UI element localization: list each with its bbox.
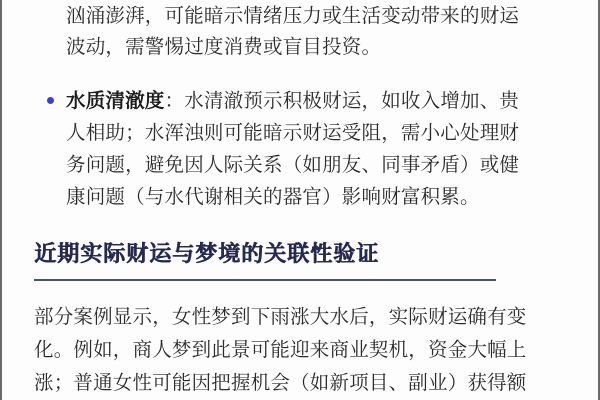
term-separator: ： [165,89,185,112]
section-heading: 近期实际财运与梦境的关联性验证 [34,240,379,270]
bullet-dot-icon [47,97,54,104]
heading-divider [34,279,496,281]
text-line: 汹涌澎湃，可能暗示情绪压力或生活变动带来的财运 [66,4,519,28]
bullet-first-line: 水质清澈度：水清澈预示积极财运，如收入增加、贵 [66,89,519,113]
bullet-text: 水清澈预示积极财运，如收入增加、贵 [184,89,519,112]
text-line: 人相助；水浑浊则可能暗示财运受阻，需小心处理财 [66,121,519,145]
text-line: 务问题，避免因人际关系（如朋友、同事矛盾）或健 [66,153,519,177]
article-page: 汹涌澎湃，可能暗示情绪压力或生活变动带来的财运 波动，需警惕过度消费或盲目投资。… [0,0,600,400]
text-line: 康问题（与水代谢相关的器官）影响财富积累。 [66,185,480,209]
text-line: 波动，需警惕过度消费或盲目投资。 [66,35,381,59]
paragraph-line: 化。例如，商人梦到此景可能迎来商业契机，资金大幅上 [34,338,527,362]
bullet-term: 水质清澈度 [66,89,165,112]
paragraph-line: 部分案例显示，女性梦到下雨涨大水后，实际财运确有变 [34,305,527,329]
paragraph-line: 涨；普通女性可能因把握机会（如新项目、副业）获得额 [34,371,527,395]
